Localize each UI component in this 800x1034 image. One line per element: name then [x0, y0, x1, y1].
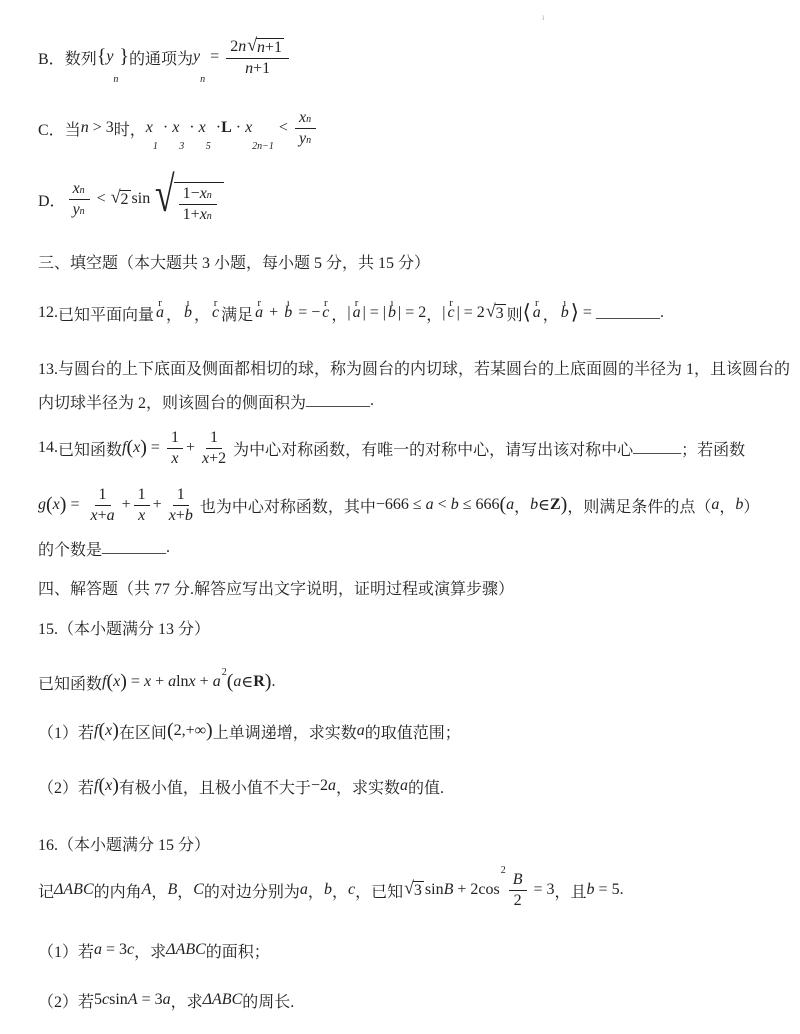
superscript: 2 — [501, 865, 506, 876]
text-run: 在区间 — [119, 720, 167, 743]
math-roman: . — [166, 539, 170, 557]
math-roman: = 3 — [102, 941, 127, 959]
math-italic: x — [90, 507, 97, 525]
math-italic: a — [711, 496, 719, 514]
math-roman: = — [206, 48, 223, 66]
math-roman: = — [127, 673, 144, 691]
problem-16-part-2: （2）若5csinA = 3a，求ΔABC的周长. — [38, 986, 294, 1014]
math-italic: c — [102, 991, 109, 1009]
problem-15-function-line: 已知函数f(x) = x + alnx + a2(a∈R). — [38, 666, 275, 698]
text-run: 15.（本小题满分 13 分） — [38, 616, 210, 639]
text-run: 13.与圆台的上下底面及侧面都相切的球，称为圆台的内切球，若某圆台的上底面圆的半… — [38, 356, 790, 379]
fraction-denominator: yn — [69, 200, 90, 219]
subscript: 3 — [179, 141, 184, 152]
text-run: ， — [308, 879, 324, 902]
math-roman: . — [370, 392, 374, 410]
math-italic: x — [200, 185, 207, 203]
text-run: 上单调递增，求实数 — [213, 720, 357, 743]
math-roman: +2 — [209, 450, 226, 468]
math-roman: < — [275, 119, 292, 137]
text-run: ， — [166, 302, 182, 325]
vector-arrow-mark: r — [355, 298, 359, 309]
fraction: 2n√n+1n+1 — [226, 37, 289, 78]
math-roman: −2 — [311, 777, 328, 795]
text-run: 则 — [507, 302, 523, 325]
math-roman: 1 — [138, 486, 146, 504]
math-italic: A — [128, 991, 138, 1009]
text-run: （1）若 — [38, 720, 94, 743]
fraction-denominator: x+2 — [198, 449, 230, 468]
subscript: n — [80, 206, 85, 217]
math-roman: + — [98, 507, 107, 525]
math-roman: 2 — [514, 892, 522, 910]
problem-13-line-1: 13.与圆台的上下底面及侧面都相切的球，称为圆台的内切球，若某圆台的上底面圆的半… — [38, 355, 790, 379]
text-run: 16.（本小题满分 15 分） — [38, 832, 210, 855]
vector: rc — [212, 304, 219, 322]
text-run: 已知函数 — [38, 671, 102, 694]
text-run: 当 — [65, 117, 81, 140]
math-italic: n — [81, 119, 89, 137]
subscript: n — [113, 74, 118, 85]
math-roman: = 3 — [530, 881, 555, 899]
fraction-denominator: x+a — [86, 506, 118, 525]
vector-arrow-mark: ı — [563, 298, 566, 309]
math-italic: b — [587, 881, 595, 899]
text-run: 内切球半径为 2，则该圆台的侧面积为 — [38, 390, 306, 413]
text-run: 时， — [114, 117, 146, 140]
fraction-denominator: x+b — [165, 506, 197, 525]
answer-blank: ________ — [306, 392, 370, 410]
math-italic: b — [451, 496, 459, 514]
text-run: 也为中心对称函数，其中 — [200, 494, 376, 517]
fraction-numerator: xn — [295, 109, 316, 129]
math-italic: x — [169, 507, 176, 525]
math-bold: R — [253, 673, 265, 691]
math-italic: b — [735, 496, 743, 514]
bracket: } — [119, 45, 129, 68]
math-roman: 3 — [414, 882, 422, 900]
math-roman: B． — [38, 46, 65, 69]
math-roman: ln — [176, 673, 188, 691]
math-italic: a — [94, 941, 102, 959]
math-roman: 1+ — [183, 206, 200, 224]
math-roman: + — [196, 673, 213, 691]
math-roman: . — [620, 881, 624, 899]
text-run: ，求 — [134, 939, 166, 962]
vector-arrow-mark: r — [158, 298, 162, 309]
math-italic: B — [513, 871, 523, 889]
math-roman: = — [66, 496, 83, 514]
math-roman: | — [347, 304, 350, 322]
radical-body: 1−xn1+xn — [174, 182, 224, 224]
math-italic: n — [245, 60, 253, 78]
bracket: ) — [112, 774, 119, 797]
vector: ra — [255, 304, 263, 322]
fraction: B2 — [509, 871, 527, 910]
subscript: n — [306, 114, 311, 125]
text-run: ， — [514, 494, 530, 517]
text-run: 已知函数 — [58, 437, 122, 460]
math-roman: > 3 — [89, 119, 114, 137]
math-italic: x — [189, 673, 196, 691]
fraction-numerator: 1 — [167, 429, 183, 449]
math-roman: 1 — [210, 429, 218, 447]
math-roman: = — [579, 304, 596, 322]
math-roman: + — [176, 507, 185, 525]
math-italic: y — [299, 130, 306, 148]
fraction-denominator: 2 — [510, 891, 526, 910]
math-roman: + — [122, 496, 131, 514]
fraction-numerator: 1 — [173, 486, 189, 506]
fraction: xnyn — [295, 109, 316, 148]
math-roman: ∈ — [241, 672, 253, 692]
math-italic: x — [144, 673, 151, 691]
bracket: ( — [227, 670, 234, 693]
math-roman: + — [151, 673, 168, 691]
choice-b-line: B．数列{yn}的通项为yn = 2n√n+1n+1 — [38, 28, 292, 86]
bracket: ) — [60, 493, 67, 516]
text-run: 的对边分别为 — [204, 879, 300, 902]
choice-c-line: C．当n > 3时，x1 · x3 · x5 ·L · x2n−1 < xnyn — [38, 103, 319, 153]
text-run: ，求实数 — [336, 775, 400, 798]
math-roman: | = 2 — [398, 304, 426, 322]
subscript: 1 — [153, 141, 158, 152]
math-italic: c — [127, 941, 134, 959]
text-run: 为中心对称函数，有唯一的对称中心，请写出该对称中心 — [233, 437, 633, 460]
radical: √2 — [111, 189, 131, 209]
text-run: （1）若 — [38, 939, 94, 962]
vector: ıb — [184, 304, 192, 322]
vector: ıb — [284, 304, 292, 322]
vector-arrow-mark: r — [214, 298, 218, 309]
math-italic: x — [202, 450, 209, 468]
text-run: ， — [543, 302, 559, 325]
math-roman: < — [434, 496, 451, 514]
math-italic: A — [142, 881, 152, 899]
text-run: 的周长. — [242, 989, 294, 1012]
math-roman: 1 — [99, 486, 107, 504]
math-roman: sin — [425, 881, 444, 899]
fraction-numerator: 2n√n+1 — [226, 37, 289, 59]
bracket: ( — [98, 719, 105, 742]
math-roman: · — [159, 119, 172, 137]
fraction-denominator: n+1 — [241, 59, 274, 78]
math-roman: = — [147, 439, 164, 457]
math-italic: g — [38, 496, 46, 514]
problem-12-line: 12.已知平面向量ra，ıb，rc满足ra + ıb = −rc，|ra| = … — [38, 293, 664, 333]
problem-14-line-2: g(x) = 1x+a+1x+1x+b也为中心对称函数，其中−666 ≤ a <… — [38, 484, 759, 526]
text-run: ，则满足条件的点（ — [567, 494, 711, 517]
bracket: ( — [98, 774, 105, 797]
math-italic: y — [106, 48, 113, 66]
math-roman: 1− — [183, 185, 200, 203]
fraction: 1−xn1+xn — [179, 185, 217, 224]
math-roman: | = | — [363, 304, 386, 322]
fraction: xnyn — [69, 180, 90, 219]
angle-bracket: ⟩ — [571, 300, 579, 324]
text-run: 四、解答题（共 77 分.解答应写出文字说明，证明过程或演算步骤） — [38, 576, 514, 599]
math-roman: + — [186, 439, 195, 457]
bracket: { — [97, 45, 107, 68]
math-italic: a — [426, 496, 434, 514]
text-run: ，求 — [171, 989, 203, 1012]
vector: ıb — [561, 304, 569, 322]
vector-arrow-mark: ı — [391, 298, 394, 309]
problem-14-line-1: 14.已知函数f(x) = 1x+1x+2为中心对称函数，有唯一的对称中心，请写… — [38, 426, 745, 470]
vector: rc — [447, 304, 454, 322]
math-italic: c — [348, 881, 355, 899]
math-italic: a — [400, 777, 408, 795]
bracket: ) — [206, 719, 213, 742]
radical-body: 3 — [495, 304, 506, 323]
math-italic: a — [300, 881, 308, 899]
problem-16-given-line: 记ΔABC的内角A，B，C的对边分别为a，b，c，已知√3sinB + 2cos… — [38, 864, 624, 916]
text-run: ， — [194, 302, 210, 325]
problem-16-header: 16.（本小题满分 15 分） — [38, 831, 210, 855]
text-run: 的取值范围； — [365, 720, 461, 743]
fraction-numerator: 1−xn — [179, 185, 217, 205]
vector: ıb — [388, 304, 396, 322]
text-run: ，且 — [555, 879, 587, 902]
fraction-denominator: x — [167, 449, 182, 468]
math-roman: . — [271, 673, 275, 691]
math-italic: C — [193, 881, 204, 899]
bracket: ) — [265, 670, 272, 693]
math-italic: a — [506, 496, 514, 514]
math-italic: x — [200, 206, 207, 224]
text-run: ， — [719, 494, 735, 517]
math-italic: y — [193, 48, 200, 66]
text-run: （2）若 — [38, 775, 94, 798]
fraction-denominator: yn — [295, 129, 316, 148]
bracket: ( — [167, 719, 174, 742]
math-italic: a — [168, 673, 176, 691]
radical-sign: √ — [155, 174, 175, 215]
bracket: ( — [126, 436, 133, 459]
math-roman: 12. — [38, 304, 58, 322]
math-italic: x — [133, 439, 140, 457]
text-run: ；若函数 — [681, 437, 745, 460]
subscript: n — [306, 135, 311, 146]
math-roman: D． — [38, 188, 66, 211]
math-roman: 2,+∞ — [174, 722, 206, 740]
fraction: 1x+2 — [198, 429, 230, 468]
problem-15-part-2: （2）若f(x)有极小值，且极小值不大于−2a，求实数a的值. — [38, 771, 444, 801]
fraction-numerator: 1 — [206, 429, 222, 449]
math-italic: x — [171, 450, 178, 468]
math-italic: B — [444, 881, 454, 899]
math-roman: . — [660, 304, 664, 322]
problem-15-header: 15.（本小题满分 13 分） — [38, 615, 210, 639]
math-roman: sin — [109, 991, 128, 1009]
vector-arrow-mark: r — [257, 298, 261, 309]
math-italic: a — [213, 673, 221, 691]
fraction-numerator: 1 — [134, 486, 150, 506]
math-roman: 1 — [171, 429, 179, 447]
text-run: 记 — [38, 879, 54, 902]
subscript: n — [207, 211, 212, 222]
vector: rc — [322, 304, 329, 322]
math-roman: 2 — [121, 191, 129, 209]
math-italic: x — [113, 673, 120, 691]
vector: ra — [533, 304, 541, 322]
choice-d-line: D．xnyn < √2sin√1−xn1+xn — [38, 170, 225, 228]
math-italic: a — [233, 673, 241, 691]
math-italic: x — [199, 119, 206, 137]
radical-sign: √ — [404, 879, 414, 897]
vector-arrow-mark: r — [535, 298, 539, 309]
text-run: ， — [177, 879, 193, 902]
math-roman: 5 — [94, 991, 102, 1009]
answer-blank: ______ — [633, 439, 681, 457]
text-run: 有极小值，且极小值不大于 — [119, 775, 311, 798]
problem-16-part-1: （1）若a = 3c，求ΔABC的面积； — [38, 936, 270, 964]
math-roman: ∈ — [538, 495, 550, 515]
math-italic: x — [105, 722, 112, 740]
problem-15-part-1: （1）若f(x)在区间(2,+∞)上单调递增，求实数a的取值范围； — [38, 716, 461, 746]
math-italic: b — [324, 881, 332, 899]
math-roman: | = 2 — [457, 304, 485, 322]
math-italic: x — [73, 180, 80, 198]
subscript: n — [207, 190, 212, 201]
fraction: 1x — [167, 429, 183, 468]
problem-14-line-3: 的个数是________. — [38, 536, 170, 560]
math-roman: = 5 — [595, 881, 620, 899]
angle-bracket: ⟨ — [523, 300, 531, 324]
math-roman: C． — [38, 117, 65, 140]
text-run: （2）若 — [38, 989, 94, 1012]
text-run: 的面积； — [206, 939, 270, 962]
math-italic: ΔABC — [166, 941, 206, 959]
math-bold: L — [221, 119, 232, 137]
math-roman: 2 — [230, 38, 238, 56]
text-run: 已知平面向量 — [58, 302, 154, 325]
math-roman: · — [232, 119, 245, 137]
math-italic: a — [107, 507, 115, 525]
text-run: 的内角 — [94, 879, 142, 902]
math-roman: 1 — [177, 486, 185, 504]
fraction: 1x — [134, 486, 150, 525]
math-roman: · — [185, 119, 198, 137]
math-roman: 3 — [496, 305, 504, 323]
text-run: ） — [743, 494, 759, 517]
math-italic: ΔABC — [203, 991, 243, 1009]
subscript: 5 — [206, 141, 211, 152]
section-3-fill-in-header: 三、填空题（本大题共 3 小题，每小题 5 分，共 15 分） — [38, 249, 430, 273]
math-roman: + — [153, 496, 162, 514]
text-run: 的通项为 — [129, 46, 193, 69]
radical-body: 3 — [413, 881, 424, 900]
math-italic: B — [167, 881, 177, 899]
math-roman: = − — [294, 304, 320, 322]
math-roman: + 2cos — [453, 881, 499, 899]
math-italic: x — [172, 119, 179, 137]
math-italic: ΔABC — [54, 881, 94, 899]
math-italic: n — [238, 38, 246, 56]
text-run: 数列 — [65, 46, 97, 69]
math-italic: a — [328, 777, 336, 795]
radical-sign: √ — [111, 188, 121, 206]
bracket: ( — [106, 670, 113, 693]
exam-page: ı B．数列{yn}的通项为yn = 2n√n+1n+1 C．当n > 3时，x… — [0, 0, 800, 1034]
bracket: ) — [140, 436, 147, 459]
fraction: 1x+a — [86, 486, 118, 525]
vector: ra — [353, 304, 361, 322]
text-run: ，已知 — [355, 879, 403, 902]
subscript: 2n−1 — [252, 141, 274, 152]
vector: ra — [156, 304, 164, 322]
vector-arrow-mark: ı — [287, 298, 290, 309]
radical: √1−xn1+xn — [151, 175, 224, 224]
text-run: 的个数是 — [38, 537, 102, 560]
fraction-denominator: 1+xn — [179, 205, 217, 224]
math-italic: b — [185, 507, 193, 525]
bracket: ) — [561, 493, 568, 516]
math-roman: sin — [132, 190, 151, 208]
math-italic: x — [53, 496, 60, 514]
math-roman: +1 — [253, 60, 270, 78]
text-run: 满足 — [221, 302, 253, 325]
math-italic: y — [73, 201, 80, 219]
text-run: ， — [332, 879, 348, 902]
math-italic: a — [163, 991, 171, 1009]
radical-sign: √ — [247, 36, 257, 54]
math-italic: b — [530, 496, 538, 514]
fraction-numerator: 1 — [95, 486, 111, 506]
math-roman: · — [212, 119, 221, 137]
text-run: 的值. — [408, 775, 444, 798]
math-italic: x — [299, 109, 306, 127]
fraction-numerator: xn — [69, 180, 90, 200]
math-italic: a — [357, 722, 365, 740]
radical-body: n+1 — [256, 38, 284, 57]
math-bold: Z — [550, 496, 561, 514]
radical: √3 — [404, 880, 424, 900]
problem-13-line-2: 内切球半径为 2，则该圆台的侧面积为________. — [38, 389, 374, 413]
math-italic: x — [138, 507, 145, 525]
bracket: ) — [120, 670, 127, 693]
answer-blank: ________ — [102, 539, 166, 557]
text-run: ， — [331, 302, 347, 325]
math-roman: = 3 — [138, 991, 163, 1009]
fraction-numerator: B — [509, 871, 527, 891]
scan-artifact: ı — [542, 12, 545, 22]
text-run: ， — [426, 302, 442, 325]
math-roman: | — [442, 304, 445, 322]
bracket: ( — [46, 493, 53, 516]
bracket: ) — [112, 719, 119, 742]
answer-blank: ________ — [596, 304, 660, 322]
math-roman: < — [93, 190, 110, 208]
math-roman: +1 — [265, 39, 282, 57]
fraction: 1x+b — [165, 486, 197, 525]
section-4-solution-header: 四、解答题（共 77 分.解答应写出文字说明，证明过程或演算步骤） — [38, 575, 514, 599]
math-roman: 14. — [38, 439, 58, 457]
fraction-denominator: x — [134, 506, 149, 525]
subscript: n — [80, 185, 85, 196]
subscript: n — [200, 74, 205, 85]
radical-body: 2 — [120, 190, 131, 209]
text-run: ， — [151, 879, 167, 902]
math-roman: + — [265, 304, 282, 322]
math-roman: ≤ 666 — [459, 496, 500, 514]
vector-arrow-mark: ı — [187, 298, 190, 309]
vector-arrow-mark: r — [324, 298, 328, 309]
math-italic: x — [105, 777, 112, 795]
radical: √n+1 — [247, 37, 284, 57]
math-italic: n — [257, 39, 265, 57]
bracket: ( — [499, 493, 506, 516]
